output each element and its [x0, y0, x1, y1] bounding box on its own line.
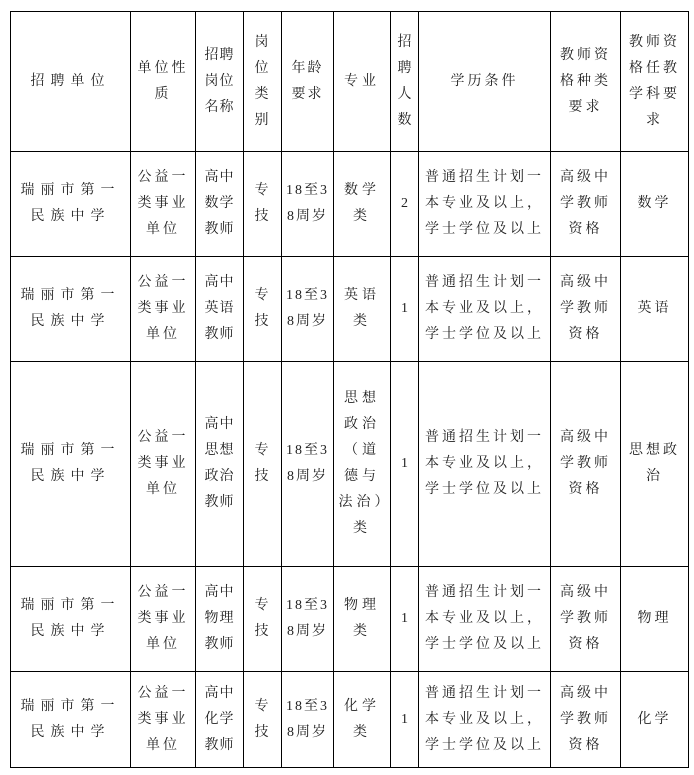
- document-page: 招聘单位 单位性质 招聘岗位名称 岗位类别 年龄要求 专业 招聘人数 学历条件 …: [0, 0, 694, 775]
- cell-post-name: 高中思想政治教师: [196, 362, 244, 567]
- header-cert-type: 教师资格种类要求: [551, 12, 621, 152]
- header-major: 专业: [334, 12, 391, 152]
- cell-cert-type: 高级中学教师资格: [551, 567, 621, 672]
- cell-post-name: 高中英语教师: [196, 257, 244, 362]
- header-recruiting-unit: 招聘单位: [11, 12, 131, 152]
- cell-recruiting-unit: 瑞丽市第一民族中学: [11, 672, 131, 768]
- header-post-name: 招聘岗位名称: [196, 12, 244, 152]
- cell-headcount: 1: [391, 567, 419, 672]
- cell-major: 物理类: [334, 567, 391, 672]
- table-row: 瑞丽市第一民族中学 公益一类事业单位 高中物理教师 专技 18至38周岁 物理类…: [11, 567, 689, 672]
- table-row: 瑞丽市第一民族中学 公益一类事业单位 高中数学教师 专技 18至38周岁 数学类…: [11, 152, 689, 257]
- cell-cert-subject: 化学: [621, 672, 689, 768]
- cell-post-category: 专技: [244, 257, 282, 362]
- cell-unit-nature: 公益一类事业单位: [131, 672, 196, 768]
- cell-age-requirement: 18至38周岁: [282, 257, 334, 362]
- cell-cert-subject: 物理: [621, 567, 689, 672]
- cell-recruiting-unit: 瑞丽市第一民族中学: [11, 567, 131, 672]
- cell-education-condition: 普通招生计划一本专业及以上，学士学位及以上: [419, 152, 551, 257]
- cell-headcount: 1: [391, 257, 419, 362]
- cell-unit-nature: 公益一类事业单位: [131, 567, 196, 672]
- cell-headcount: 1: [391, 672, 419, 768]
- cell-age-requirement: 18至38周岁: [282, 152, 334, 257]
- cell-cert-subject: 数学: [621, 152, 689, 257]
- cell-education-condition: 普通招生计划一本专业及以上，学士学位及以上: [419, 567, 551, 672]
- cell-unit-nature: 公益一类事业单位: [131, 362, 196, 567]
- cell-cert-type: 高级中学教师资格: [551, 152, 621, 257]
- cell-post-category: 专技: [244, 672, 282, 768]
- recruitment-table: 招聘单位 单位性质 招聘岗位名称 岗位类别 年龄要求 专业 招聘人数 学历条件 …: [10, 11, 689, 768]
- table-row: 瑞丽市第一民族中学 公益一类事业单位 高中化学教师 专技 18至38周岁 化学类…: [11, 672, 689, 768]
- cell-age-requirement: 18至38周岁: [282, 672, 334, 768]
- cell-cert-type: 高级中学教师资格: [551, 257, 621, 362]
- cell-post-category: 专技: [244, 362, 282, 567]
- cell-education-condition: 普通招生计划一本专业及以上，学士学位及以上: [419, 362, 551, 567]
- cell-major: 数学类: [334, 152, 391, 257]
- cell-major: 思想政治（道德与法治）类: [334, 362, 391, 567]
- cell-post-category: 专技: [244, 567, 282, 672]
- table-row: 瑞丽市第一民族中学 公益一类事业单位 高中英语教师 专技 18至38周岁 英语类…: [11, 257, 689, 362]
- cell-age-requirement: 18至38周岁: [282, 362, 334, 567]
- cell-post-category: 专技: [244, 152, 282, 257]
- header-age-requirement: 年龄要求: [282, 12, 334, 152]
- cell-cert-type: 高级中学教师资格: [551, 672, 621, 768]
- cell-recruiting-unit: 瑞丽市第一民族中学: [11, 362, 131, 567]
- cell-cert-type: 高级中学教师资格: [551, 362, 621, 567]
- cell-recruiting-unit: 瑞丽市第一民族中学: [11, 152, 131, 257]
- header-education-condition: 学历条件: [419, 12, 551, 152]
- cell-recruiting-unit: 瑞丽市第一民族中学: [11, 257, 131, 362]
- header-post-category: 岗位类别: [244, 12, 282, 152]
- header-unit-nature: 单位性质: [131, 12, 196, 152]
- cell-unit-nature: 公益一类事业单位: [131, 257, 196, 362]
- cell-post-name: 高中化学教师: [196, 672, 244, 768]
- cell-cert-subject: 思想政治: [621, 362, 689, 567]
- cell-major: 化学类: [334, 672, 391, 768]
- cell-education-condition: 普通招生计划一本专业及以上，学士学位及以上: [419, 672, 551, 768]
- cell-post-name: 高中物理教师: [196, 567, 244, 672]
- header-headcount: 招聘人数: [391, 12, 419, 152]
- cell-headcount: 2: [391, 152, 419, 257]
- header-cert-subject: 教师资格任教学科要求: [621, 12, 689, 152]
- cell-post-name: 高中数学教师: [196, 152, 244, 257]
- cell-age-requirement: 18至38周岁: [282, 567, 334, 672]
- cell-education-condition: 普通招生计划一本专业及以上，学士学位及以上: [419, 257, 551, 362]
- table-row: 瑞丽市第一民族中学 公益一类事业单位 高中思想政治教师 专技 18至38周岁 思…: [11, 362, 689, 567]
- cell-major: 英语类: [334, 257, 391, 362]
- cell-cert-subject: 英语: [621, 257, 689, 362]
- header-row: 招聘单位 单位性质 招聘岗位名称 岗位类别 年龄要求 专业 招聘人数 学历条件 …: [11, 12, 689, 152]
- cell-unit-nature: 公益一类事业单位: [131, 152, 196, 257]
- cell-headcount: 1: [391, 362, 419, 567]
